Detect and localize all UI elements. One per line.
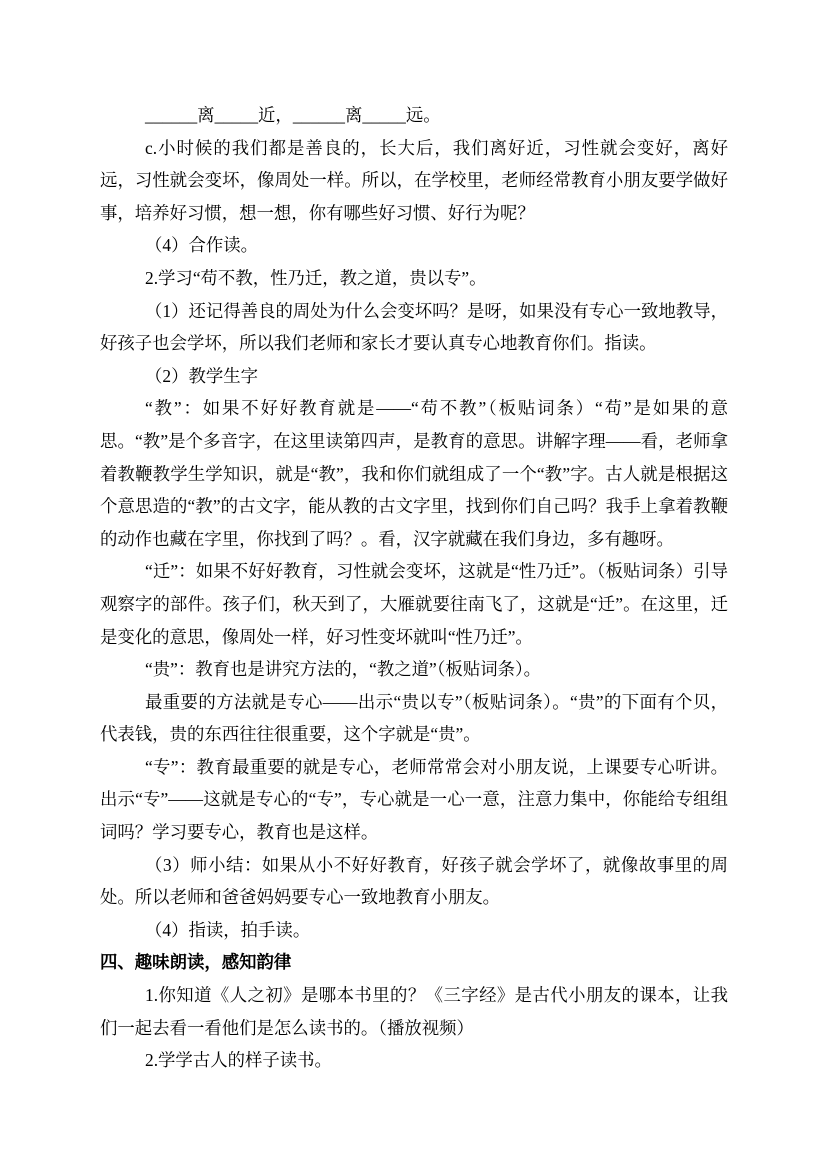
paragraph: c.小时候的我们都是善良的，长大后，我们离好近，习性就会变好，离好远，习性就会变… xyxy=(100,132,728,230)
paragraph: （4）合作读。 xyxy=(100,229,728,262)
paragraph: 最重要的方法就是专心——出示“贵以专”（板贴词条）。“贵”的下面有个贝，代表钱，… xyxy=(100,686,728,751)
paragraph: “贵”：教育也是讲究方法的，“教之道”（板贴词条）。 xyxy=(100,653,728,686)
paragraph: 1.你知道《人之初》是哪本书里的？《三字经》是古代小朋友的课本，让我们一起去看一… xyxy=(100,979,728,1044)
paragraph: （3）师小结：如果从小不好好教育，好孩子就会学坏了，就像故事里的周处。所以老师和… xyxy=(100,849,728,914)
paragraph: “迁”：如果不好好教育，习性就会变坏，这就是“性乃迁”。（板贴词条）引导观察字的… xyxy=(100,555,728,653)
paragraph: （2）教学生字 xyxy=(100,360,728,393)
paragraph: 2.学学古人的样子读书。 xyxy=(100,1044,728,1077)
paragraph: （1）还记得善良的周处为什么会变坏吗？是呀，如果没有专心一致地教导，好孩子也会学… xyxy=(100,295,728,360)
paragraph: 2.学习“苟不教，性乃迁，教之道，贵以专”。 xyxy=(100,262,728,295)
paragraph: “专”：教育最重要的就是专心，老师常常会对小朋友说，上课要专心听讲。出示“专”—… xyxy=(100,751,728,849)
paragraph: ______离_____近，______离_____远。 xyxy=(100,99,728,132)
document-body: ______离_____近，______离_____远。c.小时候的我们都是善良… xyxy=(100,99,728,1077)
section-heading: 四、趣味朗读，感知韵律 xyxy=(100,946,728,979)
document-page: ______离_____近，______离_____远。c.小时候的我们都是善良… xyxy=(0,0,827,1170)
paragraph: （4）指读，拍手读。 xyxy=(100,914,728,947)
paragraph: “教”：如果不好好教育就是——“苟不教”（板贴词条）“苟”是如果的意思。“教”是… xyxy=(100,392,728,555)
